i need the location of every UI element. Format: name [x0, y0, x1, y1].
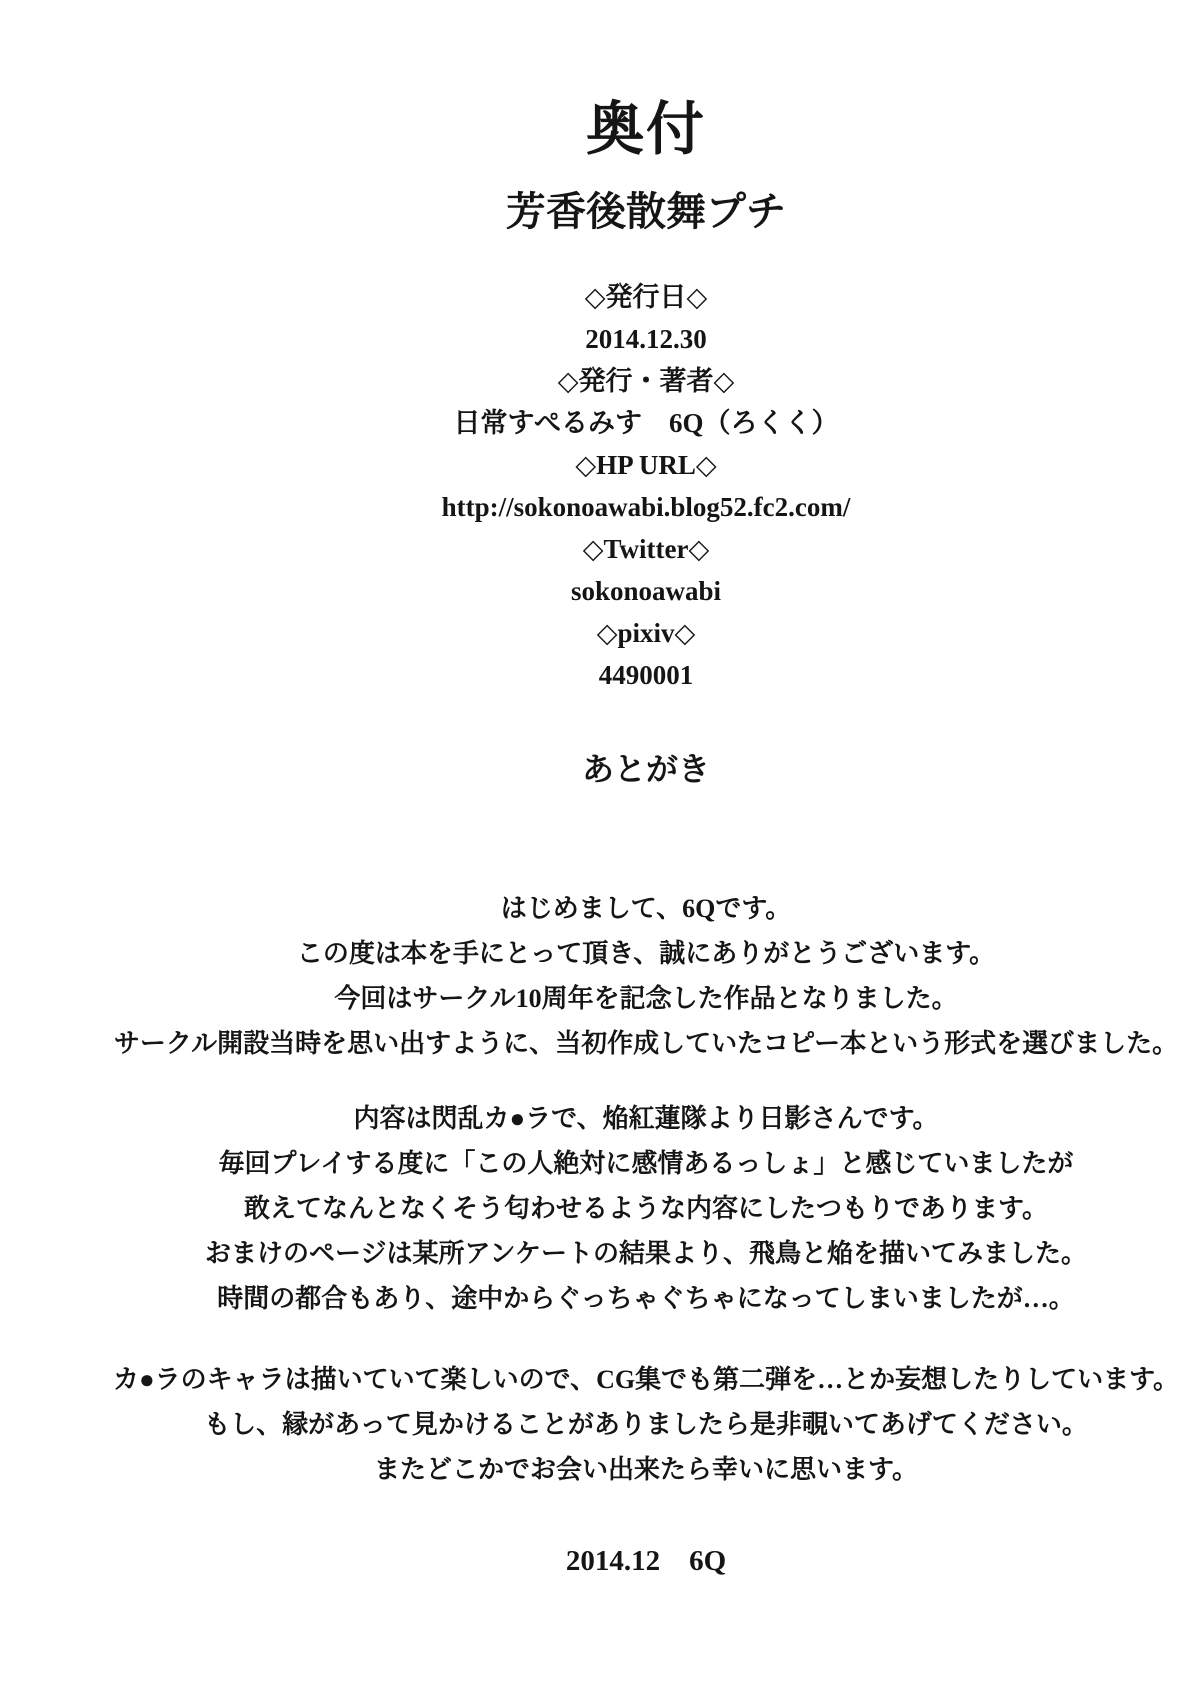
signature: 2014.12 6Q — [46, 1538, 1200, 1579]
afterword-line: はじめまして、6Qです。 — [46, 886, 1200, 931]
page-title: 奥付 — [46, 98, 1200, 162]
afterword-line: またどこかでお会い出来たら幸いに思います。 — [46, 1447, 1200, 1492]
afterword-line: 敢えてなんとなくそう匂わせるような内容にしたつもりであります。 — [46, 1186, 1200, 1231]
afterword-line: 今回はサークル10周年を記念した作品となりました。 — [46, 976, 1200, 1021]
afterword-line: もし、縁があって見かけることがありましたら是非覗いてあげてください。 — [46, 1402, 1200, 1447]
twitter-label: ◇Twitter◇ — [46, 528, 1200, 570]
pixiv-label: ◇pixiv◇ — [46, 612, 1200, 654]
afterword-line: おまけのページは某所アンケートの結果より、飛鳥と焔を描いてみました。 — [46, 1231, 1200, 1276]
hp-url-value: http://sokonoawabi.blog52.fc2.com/ — [46, 486, 1200, 528]
author-value: 日常すぺるみす 6Q（ろくく） — [46, 402, 1200, 444]
afterword-line: 毎回プレイする度に「この人絶対に感情あるっしょ」と感じていましたが — [46, 1141, 1200, 1186]
afterword-line: この度は本を手にとって頂き、誠にありがとうございます。 — [46, 931, 1200, 976]
afterword-line: サークル開設当時を思い出すように、当初作成していたコピー本という形式を選びました… — [46, 1021, 1200, 1066]
afterword-line: カ●ラのキャラは描いていて楽しいので、CG集でも第二弾を…とか妄想したりしていま… — [46, 1357, 1200, 1402]
event-subtitle: 芳香後散舞プチ — [46, 188, 1200, 236]
publication-info: ◇発行日◇ 2014.12.30 ◇発行・著者◇ 日常すぺるみす 6Q（ろくく）… — [46, 276, 1200, 696]
publish-date-value: 2014.12.30 — [46, 318, 1200, 360]
afterword-paragraph-1: はじめまして、6Qです。 この度は本を手にとって頂き、誠にありがとうございます。… — [46, 886, 1200, 1066]
twitter-value: sokonoawabi — [46, 570, 1200, 612]
afterword-paragraph-2: 内容は閃乱カ●ラで、焔紅蓮隊より日影さんです。 毎回プレイする度に「この人絶対に… — [46, 1096, 1200, 1321]
publish-date-label: ◇発行日◇ — [46, 276, 1200, 318]
afterword-heading: あとがき — [46, 750, 1200, 788]
pixiv-value: 4490001 — [46, 654, 1200, 696]
colophon-page: 奥付 芳香後散舞プチ ◇発行日◇ 2014.12.30 ◇発行・著者◇ 日常すぺ… — [0, 0, 1200, 1695]
afterword-line: 内容は閃乱カ●ラで、焔紅蓮隊より日影さんです。 — [46, 1096, 1200, 1141]
author-label: ◇発行・著者◇ — [46, 360, 1200, 402]
page-content: 奥付 芳香後散舞プチ ◇発行日◇ 2014.12.30 ◇発行・著者◇ 日常すぺ… — [46, 98, 1200, 1579]
hp-url-label: ◇HP URL◇ — [46, 444, 1200, 486]
afterword-line: 時間の都合もあり、途中からぐっちゃぐちゃになってしまいましたが…。 — [46, 1276, 1200, 1321]
afterword-paragraph-3: カ●ラのキャラは描いていて楽しいので、CG集でも第二弾を…とか妄想したりしていま… — [46, 1357, 1200, 1492]
